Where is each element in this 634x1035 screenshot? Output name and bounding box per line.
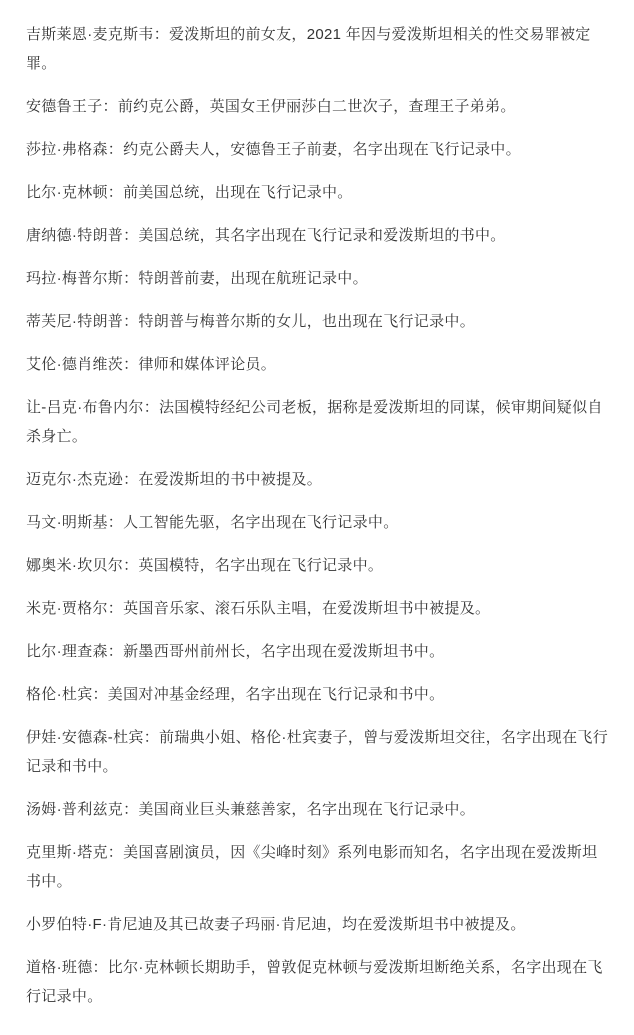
person-name: 安德鲁王子： <box>26 98 118 115</box>
person-desc: 英国音乐家、滚石乐队主唱，在爱泼斯坦书中被提及。 <box>123 600 490 617</box>
person-name: 米克·贾格尔： <box>26 600 123 617</box>
person-desc: 人工智能先驱，名字出现在飞行记录中。 <box>123 514 398 531</box>
person-name: 玛拉·梅普尔斯： <box>26 270 138 287</box>
person-desc: 律师和媒体评论员。 <box>138 356 276 373</box>
list-entry: 莎拉·弗格森：约克公爵夫人，安德鲁王子前妻，名字出现在飞行记录中。 <box>26 135 612 164</box>
person-name: 蒂芙尼·特朗普： <box>26 313 138 330</box>
list-entry: 伊娃·安德森-杜宾：前瑞典小姐、格伦·杜宾妻子，曾与爱泼斯坦交往，名字出现在飞行… <box>26 723 612 781</box>
list-entry: 吉斯莱恩·麦克斯韦：爱泼斯坦的前女友，2021 年因与爱泼斯坦相关的性交易罪被定… <box>26 20 612 78</box>
person-desc: 特朗普前妻，出现在航班记录中。 <box>138 270 368 287</box>
list-entry: 娜奥米·坎贝尔：英国模特，名字出现在飞行记录中。 <box>26 551 612 580</box>
person-desc: 前美国总统，出现在飞行记录中。 <box>123 184 353 201</box>
list-entry: 格伦·杜宾：美国对冲基金经理，名字出现在飞行记录和书中。 <box>26 680 612 709</box>
person-name: 吉斯莱恩·麦克斯韦： <box>26 26 169 43</box>
person-name: 唐纳德·特朗普： <box>26 227 138 244</box>
person-desc: 英国模特，名字出现在飞行记录中。 <box>138 557 383 574</box>
list-entry: 让-吕克·布鲁内尔：法国模特经纪公司老板，据称是爱泼斯坦的同谋，候审期间疑似自杀… <box>26 393 612 451</box>
person-name: 伊娃·安德森-杜宾： <box>26 729 159 746</box>
person-name: 格伦·杜宾： <box>26 686 108 703</box>
list-entry: 比尔·克林顿：前美国总统，出现在飞行记录中。 <box>26 178 612 207</box>
list-entry: 玛拉·梅普尔斯：特朗普前妻，出现在航班记录中。 <box>26 264 612 293</box>
person-desc: 新墨西哥州前州长，名字出现在爱泼斯坦书中。 <box>123 643 444 660</box>
person-name: 比尔·理查森： <box>26 643 123 660</box>
list-entry: 迈克尔·杰克逊：在爱泼斯坦的书中被提及。 <box>26 465 612 494</box>
person-name: 艾伦·德肖维茨： <box>26 356 138 373</box>
person-desc: 前约克公爵，英国女王伊丽莎白二世次子，查理王子弟弟。 <box>118 98 516 115</box>
list-entry: 艾伦·德肖维茨：律师和媒体评论员。 <box>26 350 612 379</box>
person-desc: 在爱泼斯坦的书中被提及。 <box>138 471 322 488</box>
list-entry: 小罗伯特·F·肯尼迪及其已故妻子玛丽·肯尼迪，均在爱泼斯坦书中被提及。 <box>26 910 612 939</box>
person-desc: 小罗伯特·F·肯尼迪及其已故妻子玛丽·肯尼迪，均在爱泼斯坦书中被提及。 <box>26 916 526 933</box>
person-desc: 约克公爵夫人，安德鲁王子前妻，名字出现在飞行记录中。 <box>123 141 521 158</box>
person-desc: 美国总统，其名字出现在飞行记录和爱泼斯坦的书中。 <box>138 227 505 244</box>
person-name: 莎拉·弗格森： <box>26 141 123 158</box>
person-name: 克里斯·塔克： <box>26 844 123 861</box>
person-name: 迈克尔·杰克逊： <box>26 471 138 488</box>
person-desc: 美国商业巨头兼慈善家，名字出现在飞行记录中。 <box>138 801 475 818</box>
person-desc: 特朗普与梅普尔斯的女儿，也出现在飞行记录中。 <box>138 313 475 330</box>
list-entry: 汤姆·普利兹克：美国商业巨头兼慈善家，名字出现在飞行记录中。 <box>26 795 612 824</box>
list-entry: 克里斯·塔克：美国喜剧演员，因《尖峰时刻》系列电影而知名，名字出现在爱泼斯坦书中… <box>26 838 612 896</box>
list-entry: 马文·明斯基：人工智能先驱，名字出现在飞行记录中。 <box>26 508 612 537</box>
list-entry: 蒂芙尼·特朗普：特朗普与梅普尔斯的女儿，也出现在飞行记录中。 <box>26 307 612 336</box>
person-name: 让-吕克·布鲁内尔： <box>26 399 159 416</box>
person-name: 道格·班德： <box>26 959 108 976</box>
person-desc: 美国对冲基金经理，名字出现在飞行记录和书中。 <box>108 686 445 703</box>
list-entry: 道格·班德：比尔·克林顿长期助手，曾敦促克林顿与爱泼斯坦断绝关系，名字出现在飞行… <box>26 953 612 1011</box>
person-name: 娜奥米·坎贝尔： <box>26 557 138 574</box>
list-entry: 安德鲁王子：前约克公爵，英国女王伊丽莎白二世次子，查理王子弟弟。 <box>26 92 612 121</box>
person-desc: 比尔·克林顿长期助手，曾敦促克林顿与爱泼斯坦断绝关系，名字出现在飞行记录中。 <box>26 959 603 1005</box>
list-entry: 唐纳德·特朗普：美国总统，其名字出现在飞行记录和爱泼斯坦的书中。 <box>26 221 612 250</box>
person-name: 马文·明斯基： <box>26 514 123 531</box>
person-name: 比尔·克林顿： <box>26 184 123 201</box>
document-page: 吉斯莱恩·麦克斯韦：爱泼斯坦的前女友，2021 年因与爱泼斯坦相关的性交易罪被定… <box>0 0 634 1035</box>
list-entry: 比尔·理查森：新墨西哥州前州长，名字出现在爱泼斯坦书中。 <box>26 637 612 666</box>
person-name: 汤姆·普利兹克： <box>26 801 138 818</box>
list-entry: 米克·贾格尔：英国音乐家、滚石乐队主唱，在爱泼斯坦书中被提及。 <box>26 594 612 623</box>
